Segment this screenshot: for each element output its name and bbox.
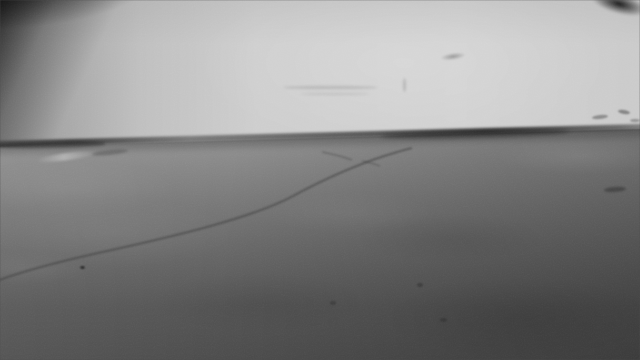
floor-crack-line [0,148,412,283]
warehouse-photo [0,0,640,360]
floor-crack-svg [0,0,640,360]
floor-speck [440,318,447,322]
photo-layers [0,0,640,360]
floor-speck [417,283,423,287]
floor-speck [330,301,336,305]
floor-pebble-spot [79,265,86,270]
